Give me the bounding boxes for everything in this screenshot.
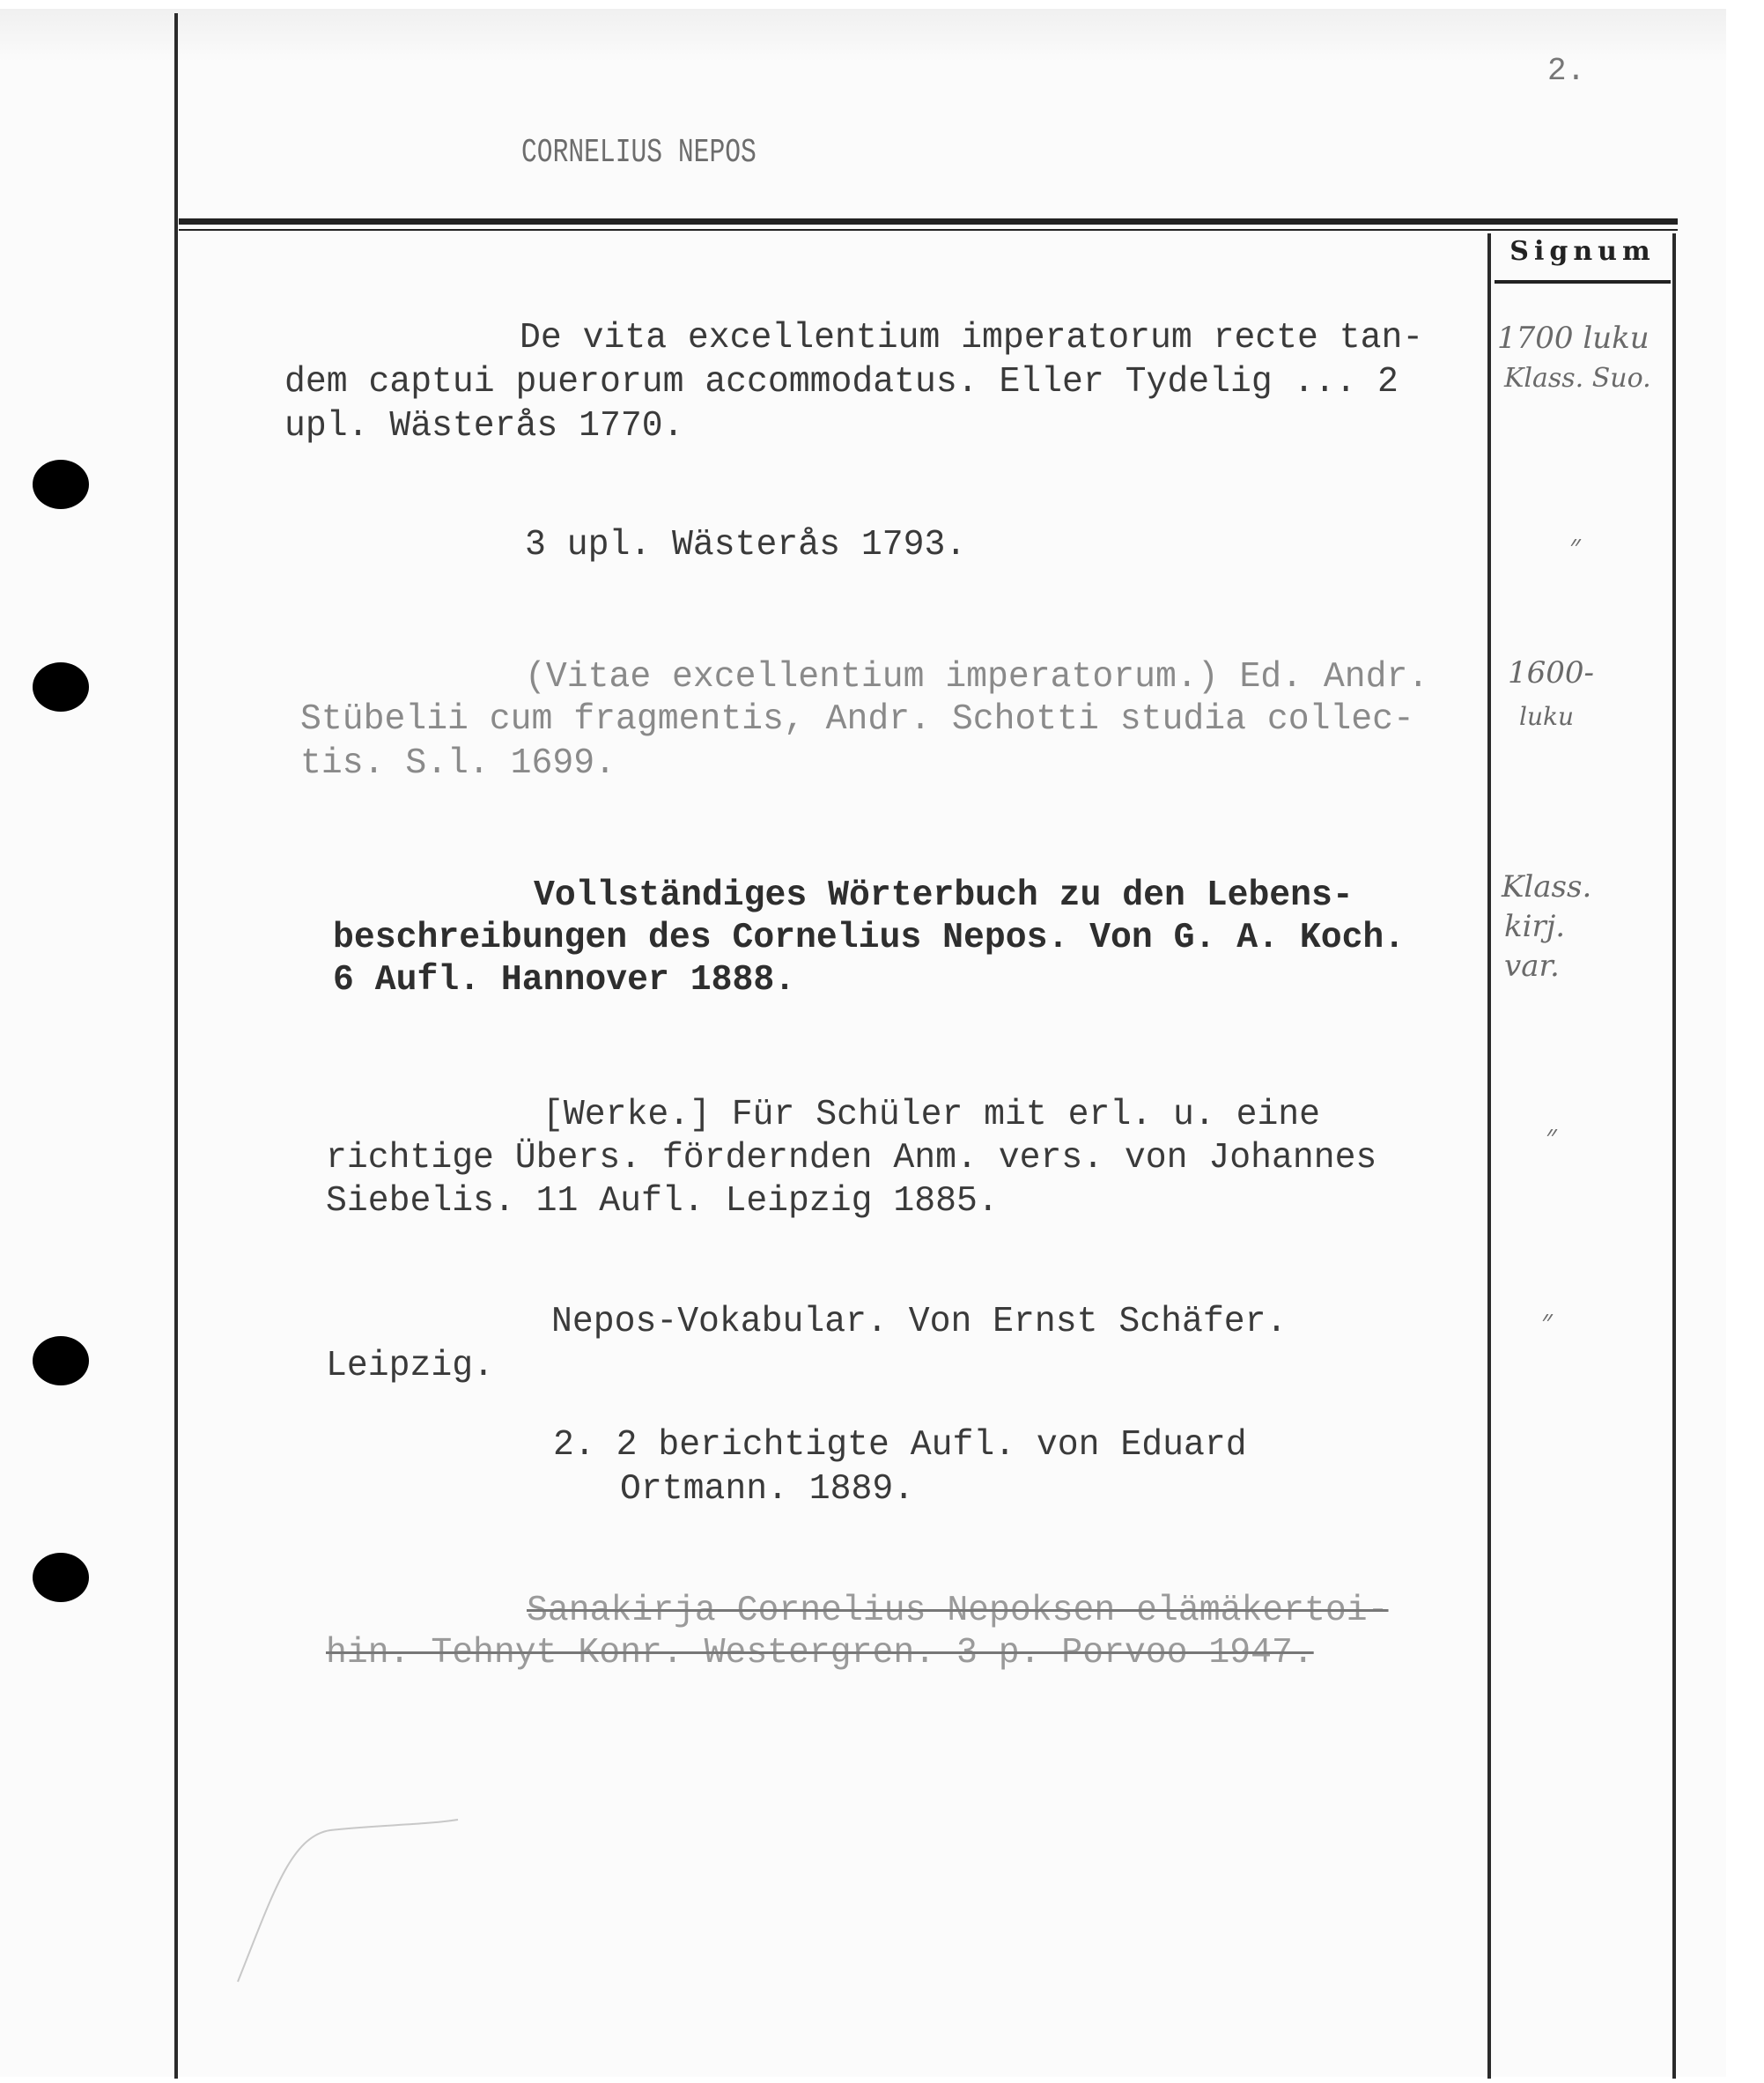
binder-hole-4 [33, 1553, 89, 1602]
entry-6-subentry-line-1: 2. 2 berichtigte Aufl. von Eduard [553, 1424, 1247, 1466]
entry-4-line-2: beschreibungen des Cornelius Nepos. Von … [333, 917, 1405, 959]
entry-5-line-3: Siebelis. 11 Aufl. Leipzig 1885. [326, 1180, 999, 1222]
signum-column-left-rule [1487, 233, 1491, 2079]
entry-5-line-1: [Werke.] Für Schüler mit erl. u. eine [542, 1094, 1320, 1136]
entry-7-struck-line-2: hin. Tehnyt Konr. Westergren. 3 p. Porvo… [326, 1632, 1314, 1674]
entry-3-signum-2: luku [1519, 698, 1574, 736]
signum-column-right-rule [1672, 233, 1676, 2079]
entry-6-line-2: Leipzig. [326, 1345, 494, 1387]
left-margin-rule [174, 13, 178, 2079]
page-number: 2. [1547, 53, 1585, 89]
entry-3-signum-1: 1600- [1508, 654, 1594, 692]
entry-1-signum-2: Klass. Suo. [1504, 359, 1651, 398]
entry-5-line-2: richtige Übers. fördernden Anm. vers. vo… [326, 1137, 1377, 1179]
entry-4-line-1: Vollständiges Wörterbuch zu den Lebens- [534, 875, 1354, 917]
entry-6-signum-ditto: ״ [1541, 1302, 1553, 1341]
entry-1-line-3: upl. Wästerås 1770. [284, 405, 683, 447]
entry-2-line-1: 3 upl. Wästerås 1793. [525, 524, 966, 566]
entry-6-subentry-line-2: Ortmann. 1889. [620, 1468, 914, 1511]
entry-6-line-1: Nepos-Vokabular. Von Ernst Schäfer. [551, 1301, 1287, 1343]
entry-3-line-1: (Vitae excellentium imperatorum.) Ed. An… [525, 656, 1428, 698]
entry-2-signum-ditto: ״ [1569, 527, 1581, 565]
entry-3-line-3: tis. S.l. 1699. [300, 742, 616, 785]
binder-hole-2 [33, 662, 89, 712]
entry-1-line-2: dem captui puerorum accommodatus. Eller … [284, 361, 1399, 403]
author-heading: CORNELIUS NEPOS [521, 134, 757, 172]
entry-4-line-3: 6 Aufl. Hannover 1888. [333, 959, 795, 1001]
signum-header-underline [1495, 280, 1671, 284]
entry-4-signum-1: Klass. [1502, 868, 1591, 906]
entry-7-struck-line-1: Sanakirja Cornelius Nepoksen elämäkertoi… [527, 1590, 1389, 1632]
entry-4-signum-2: kirj. [1504, 907, 1565, 946]
pencil-mark [220, 1762, 484, 1991]
signum-column-header: Signum [1490, 236, 1675, 267]
header-rule-thin [179, 229, 1678, 231]
entry-5-signum-ditto: ״ [1546, 1117, 1557, 1156]
entry-1-signum-1: 1700 luku [1497, 319, 1650, 358]
binder-hole-3 [33, 1336, 89, 1385]
entry-1-line-1: De vita excellentium imperatorum recte t… [520, 317, 1423, 359]
entry-4-signum-3: var. [1504, 947, 1560, 986]
scan-edge-shading [0, 9, 1726, 62]
header-rule-thick [179, 218, 1678, 225]
binder-hole-1 [33, 460, 89, 509]
entry-3-line-2: Stübelii cum fragmentis, Andr. Schotti s… [300, 698, 1414, 741]
